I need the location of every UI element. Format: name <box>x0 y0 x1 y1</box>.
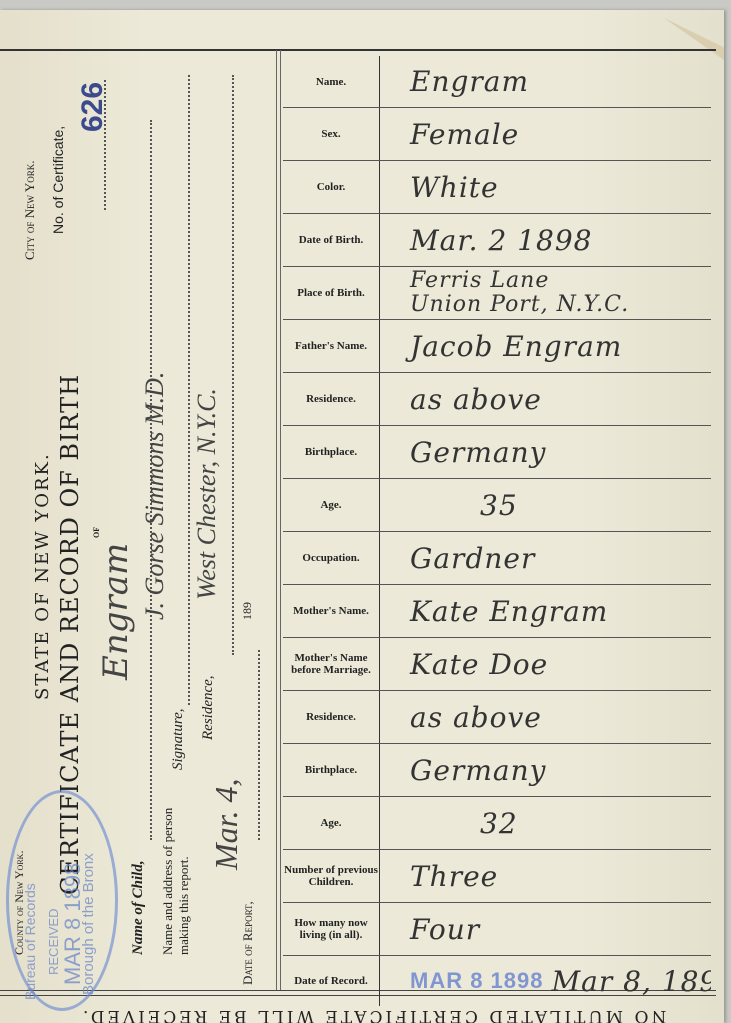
record-date-stamp: MAR 8 1898 <box>410 968 544 994</box>
table-row-color: Color. White <box>283 161 711 214</box>
city-label: City of New York. <box>22 161 38 260</box>
table-row-father-residence: Residence. as above <box>283 373 711 426</box>
place-line-1: Ferris Lane <box>410 269 549 293</box>
county-label: County of New York. <box>12 851 27 955</box>
table-row-father-age: Age. 35 <box>283 479 711 532</box>
row-value: White <box>380 161 711 213</box>
signature-value: J. Gorse Simmons M.D. <box>140 372 170 620</box>
row-label: Residence. <box>283 691 380 743</box>
table-row-name: Name. Engram <box>283 56 711 108</box>
residence-value: West Chester, N.Y.C. <box>192 388 222 600</box>
date-of-report-dotted-line <box>258 650 260 840</box>
row-value: Germany <box>380 426 711 478</box>
date-of-report-value: Mar. 4, <box>208 778 245 870</box>
record-date-handwritten: Mar 8, 1898 <box>552 965 711 998</box>
row-value: Engram <box>380 56 711 107</box>
table-row-mother-age: Age. 32 <box>283 797 711 850</box>
certificate-number-label: No. of Certificate, <box>50 126 66 234</box>
row-value: Kate Engram <box>380 585 711 637</box>
table-row-mother-residence: Residence. as above <box>283 691 711 744</box>
row-label: Age. <box>283 479 380 531</box>
row-label: Sex. <box>283 108 380 160</box>
row-value: Gardner <box>380 532 711 584</box>
column-divider <box>276 50 277 990</box>
row-value: as above <box>380 691 711 743</box>
row-value: Jacob Engram <box>380 320 711 372</box>
row-label: Date of Record. <box>283 956 380 1006</box>
table-row-mothers-maiden-name: Mother's Name before Marriage. Kate Doe <box>283 638 711 691</box>
birth-certificate: City of New York. No. of Certificate, 62… <box>0 10 724 1023</box>
row-label: How many now living (in all). <box>283 903 380 955</box>
row-value: MAR 8 1898 Mar 8, 1898 <box>380 956 711 1006</box>
person-reporting-label: Name and address of person making this r… <box>160 805 192 955</box>
cert-number-dotted-line <box>104 80 106 210</box>
state-heading: STATE OF NEW YORK. <box>32 452 53 700</box>
signature-dotted-line <box>188 75 190 705</box>
row-label: Number of previous Children. <box>283 850 380 902</box>
row-value: as above <box>380 373 711 425</box>
row-value: Female <box>380 108 711 160</box>
row-label: Father's Name. <box>283 320 380 372</box>
row-label: Color. <box>283 161 380 213</box>
row-label: Occupation. <box>283 532 380 584</box>
name-of-child-value: Engram <box>96 543 136 680</box>
row-label: Birthplace. <box>283 744 380 796</box>
table-row-fathers-name: Father's Name. Jacob Engram <box>283 320 711 373</box>
birth-record-table: Name. Engram Sex. Female Color. White Da… <box>283 56 711 1006</box>
top-rule <box>0 49 716 51</box>
table-row-date-of-record: Date of Record. MAR 8 1898 Mar 8, 1898 <box>283 956 711 1006</box>
table-row-now-living: How many now living (in all). Four <box>283 903 711 956</box>
signature-label: Signature, <box>170 708 187 770</box>
stamp-text-borough: Borough of the Bronx <box>80 853 97 995</box>
row-value: Four <box>380 903 711 955</box>
table-row-mothers-name: Mother's Name. Kate Engram <box>283 585 711 638</box>
table-row-mother-birthplace: Birthplace. Germany <box>283 744 711 797</box>
name-of-child-label: Name of Child, <box>130 860 147 955</box>
table-row-date-of-birth: Date of Birth. Mar. 2 1898 <box>283 214 711 267</box>
table-row-previous-children: Number of previous Children. Three <box>283 850 711 903</box>
row-label: Place of Birth. <box>283 267 380 319</box>
table-row-father-birthplace: Birthplace. Germany <box>283 426 711 479</box>
row-label: Age. <box>283 797 380 849</box>
residence-dotted-line <box>232 75 234 655</box>
row-value: Germany <box>380 744 711 796</box>
row-label: Mother's Name before Marriage. <box>283 638 380 690</box>
residence-label: Residence, <box>200 675 217 740</box>
stamp-text-received: RECEIVED <box>46 909 61 975</box>
row-value: 32 <box>380 797 711 849</box>
of-label: OF <box>92 527 101 538</box>
folded-corner <box>664 18 724 60</box>
place-line-2: Union Port, N.Y.C. <box>410 293 629 317</box>
date-of-report-label: Date of Report, <box>240 901 256 985</box>
row-label: Birthplace. <box>283 426 380 478</box>
row-value: Kate Doe <box>380 638 711 690</box>
footer-warning-inverted: NO MUTILATED CERTIFICATE WILL BE RECEIVE… <box>80 1006 666 1023</box>
row-label: Mother's Name. <box>283 585 380 637</box>
row-label: Residence. <box>283 373 380 425</box>
row-label: Name. <box>283 56 380 107</box>
year-prefix: 189 <box>240 602 255 620</box>
row-value: Ferris Lane Union Port, N.Y.C. <box>380 267 711 319</box>
table-row-occupation: Occupation. Gardner <box>283 532 711 585</box>
row-value: 35 <box>380 479 711 531</box>
row-value: Three <box>380 850 711 902</box>
row-label: Date of Birth. <box>283 214 380 266</box>
table-row-sex: Sex. Female <box>283 108 711 161</box>
column-divider <box>280 50 281 990</box>
row-value: Mar. 2 1898 <box>380 214 711 266</box>
table-row-place-of-birth: Place of Birth. Ferris Lane Union Port, … <box>283 267 711 320</box>
